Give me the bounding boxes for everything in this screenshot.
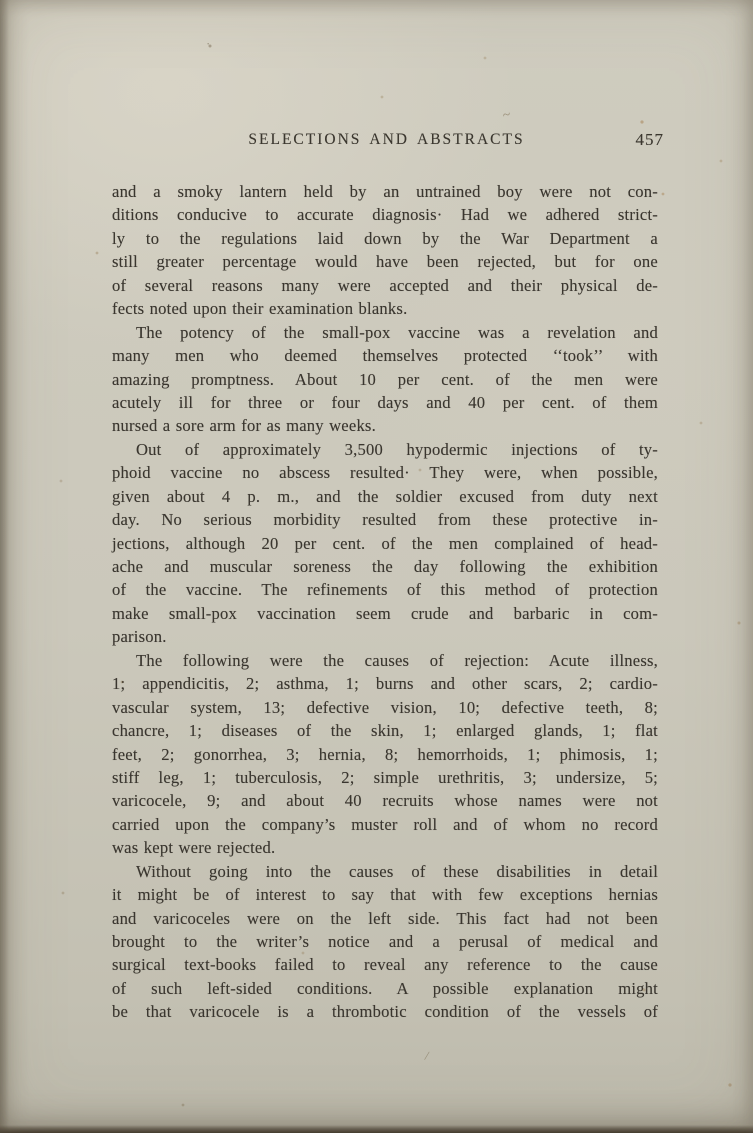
- page-header: SELECTIONS AND ABSTRACTS 457: [112, 131, 661, 153]
- text-line: of the vaccine. The refinements of this …: [112, 578, 658, 601]
- text-line: be that varicocele is a thrombotic condi…: [112, 1000, 658, 1023]
- text-line: surgical text-books failed to reveal any…: [112, 953, 658, 976]
- text-line: Without going into the causes of these d…: [112, 860, 658, 883]
- text-line: brought to the writer’s notice and a per…: [112, 930, 658, 953]
- text-line: it might be of interest to say that with…: [112, 883, 658, 906]
- text-line: 1; appendicitis, 2; asthma, 1; burns and…: [112, 672, 658, 695]
- text-line: vascular system, 13; defective vision, 1…: [112, 696, 658, 719]
- page-edge-left-shadow: [0, 0, 9, 1133]
- text-line: day. No serious morbidity resulted from …: [112, 508, 658, 531]
- text-line: jections, although 20 per cent. of the m…: [112, 532, 658, 555]
- text-line: still greater percentage would have been…: [112, 250, 658, 273]
- text-line: carried upon the company’s muster roll a…: [112, 813, 658, 836]
- text-line: stiff leg, 1; tuberculosis, 2; simple ur…: [112, 766, 658, 789]
- page-edge-bottom-shadow: [0, 1125, 753, 1133]
- text-line: ditions conducive to accurate diagnosis·…: [112, 203, 658, 226]
- text-line: ache and muscular soreness the day follo…: [112, 555, 658, 578]
- text-line: make small-pox vaccination seem crude an…: [112, 602, 658, 625]
- scan-mark-dot: ·: [206, 36, 210, 52]
- text-line: and varicoceles were on the left side. T…: [112, 907, 658, 930]
- text-line: nursed a sore arm for as many weeks.: [112, 414, 658, 437]
- scan-mark-slash: /: [423, 1048, 430, 1064]
- text-line: phoid vaccine no abscess resulted· They …: [112, 461, 658, 484]
- text-line: Out of approximately 3,500 hypodermic in…: [112, 438, 658, 461]
- paper-specks: [0, 0, 2, 2]
- text-line: of such left-sided conditions. A possibl…: [112, 977, 658, 1000]
- text-line: many men who deemed themselves protected…: [112, 344, 658, 367]
- book-page: SELECTIONS AND ABSTRACTS 457 and a smoky…: [0, 0, 753, 1133]
- text-line: parison.: [112, 625, 658, 648]
- text-line: The potency of the small-pox vaccine was…: [112, 321, 658, 344]
- text-line: amazing promptness. About 10 per cent. o…: [112, 368, 658, 391]
- text-block: and a smoky lantern held by an untrained…: [112, 180, 658, 1024]
- text-line: and a smoky lantern held by an untrained…: [112, 180, 658, 203]
- text-line: chancre, 1; diseases of the skin, 1; enl…: [112, 719, 658, 742]
- page-number: 457: [636, 130, 665, 150]
- text-line: given about 4 p. m., and the soldier exc…: [112, 485, 658, 508]
- text-line: varicocele, 9; and about 40 recruits who…: [112, 789, 658, 812]
- text-line: ly to the regulations laid down by the W…: [112, 227, 658, 250]
- scan-mark-squiggle: ~: [501, 107, 512, 124]
- text-line: feet, 2; gonorrhea, 3; hernia, 8; hemorr…: [112, 743, 658, 766]
- text-line: was kept were rejected.: [112, 836, 658, 859]
- text-line: The following were the causes of rejecti…: [112, 649, 658, 672]
- text-line: acutely ill for three or four days and 4…: [112, 391, 658, 414]
- text-line: fects noted upon their examination blank…: [112, 297, 658, 320]
- running-title: SELECTIONS AND ABSTRACTS: [112, 131, 661, 149]
- text-line: of several reasons many were accepted an…: [112, 274, 658, 297]
